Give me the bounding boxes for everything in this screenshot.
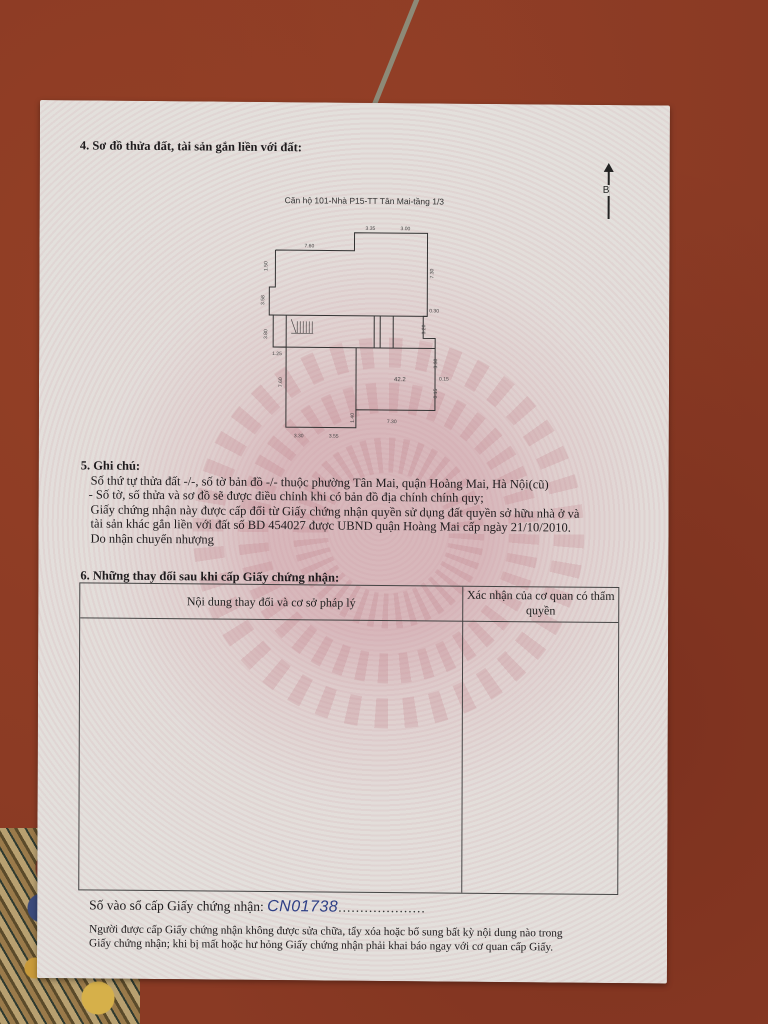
- svg-text:3.30: 3.30: [294, 433, 304, 439]
- svg-text:3.00: 3.00: [401, 226, 411, 232]
- floor-plan-diagram: 7.60 3.35 3.00 1.50 3.58 7.30 0.30 3.80 …: [259, 217, 460, 449]
- north-label: B: [603, 185, 610, 196]
- column-divider: [461, 587, 463, 893]
- section-5-notes: 5. Ghi chú: Số thứ tự thửa đất -/-, số t…: [80, 458, 579, 549]
- svg-text:3.58: 3.58: [260, 295, 266, 305]
- registry-number: CN01738: [267, 898, 338, 916]
- land-certificate-page: 4. Sơ đồ thửa đất, tài sản gắn liền với …: [37, 100, 670, 983]
- svg-text:3.20: 3.20: [421, 324, 427, 334]
- svg-text:0.30: 0.30: [429, 308, 439, 314]
- notice-line: Giấy chứng nhận; khi bị mất hoặc hư hỏng…: [89, 936, 563, 954]
- svg-text:1.25: 1.25: [272, 351, 282, 357]
- svg-text:0.15: 0.15: [433, 388, 439, 398]
- svg-text:1.50: 1.50: [263, 261, 269, 271]
- svg-text:7.60: 7.60: [278, 377, 284, 387]
- svg-text:7.30: 7.30: [387, 419, 397, 425]
- changes-table: Nội dung thay đổi và cơ sở pháp lý Xác n…: [78, 582, 619, 895]
- section-4-heading: 4. Sơ đồ thửa đất, tài sản gắn liền với …: [80, 138, 302, 155]
- svg-text:3.35: 3.35: [366, 226, 376, 232]
- floor-tile-grout: [371, 0, 422, 108]
- plan-title: Căn hộ 101-Nhà P15-TT Tân Mai-tầng 1/3: [285, 195, 444, 206]
- column-header-confirmation: Xác nhận của cơ quan có thẩm quyền: [463, 588, 618, 619]
- legal-notice: Người được cấp Giấy chứng nhận không đượ…: [89, 922, 563, 954]
- registry-number-line: Số vào sổ cấp Giấy chứng nhận: CN01738..…: [89, 896, 426, 917]
- svg-text:7.60: 7.60: [304, 243, 314, 249]
- svg-text:1.40: 1.40: [350, 413, 356, 423]
- registry-label: Số vào sổ cấp Giấy chứng nhận:: [89, 897, 264, 914]
- svg-text:3.55: 3.55: [329, 434, 339, 440]
- svg-text:0.15: 0.15: [439, 376, 449, 382]
- svg-text:42.2: 42.2: [394, 377, 406, 383]
- north-arrow-icon: B: [602, 163, 616, 219]
- svg-text:7.30: 7.30: [429, 268, 435, 278]
- svg-text:3.80: 3.80: [263, 329, 269, 339]
- svg-text:3.30: 3.30: [433, 358, 439, 368]
